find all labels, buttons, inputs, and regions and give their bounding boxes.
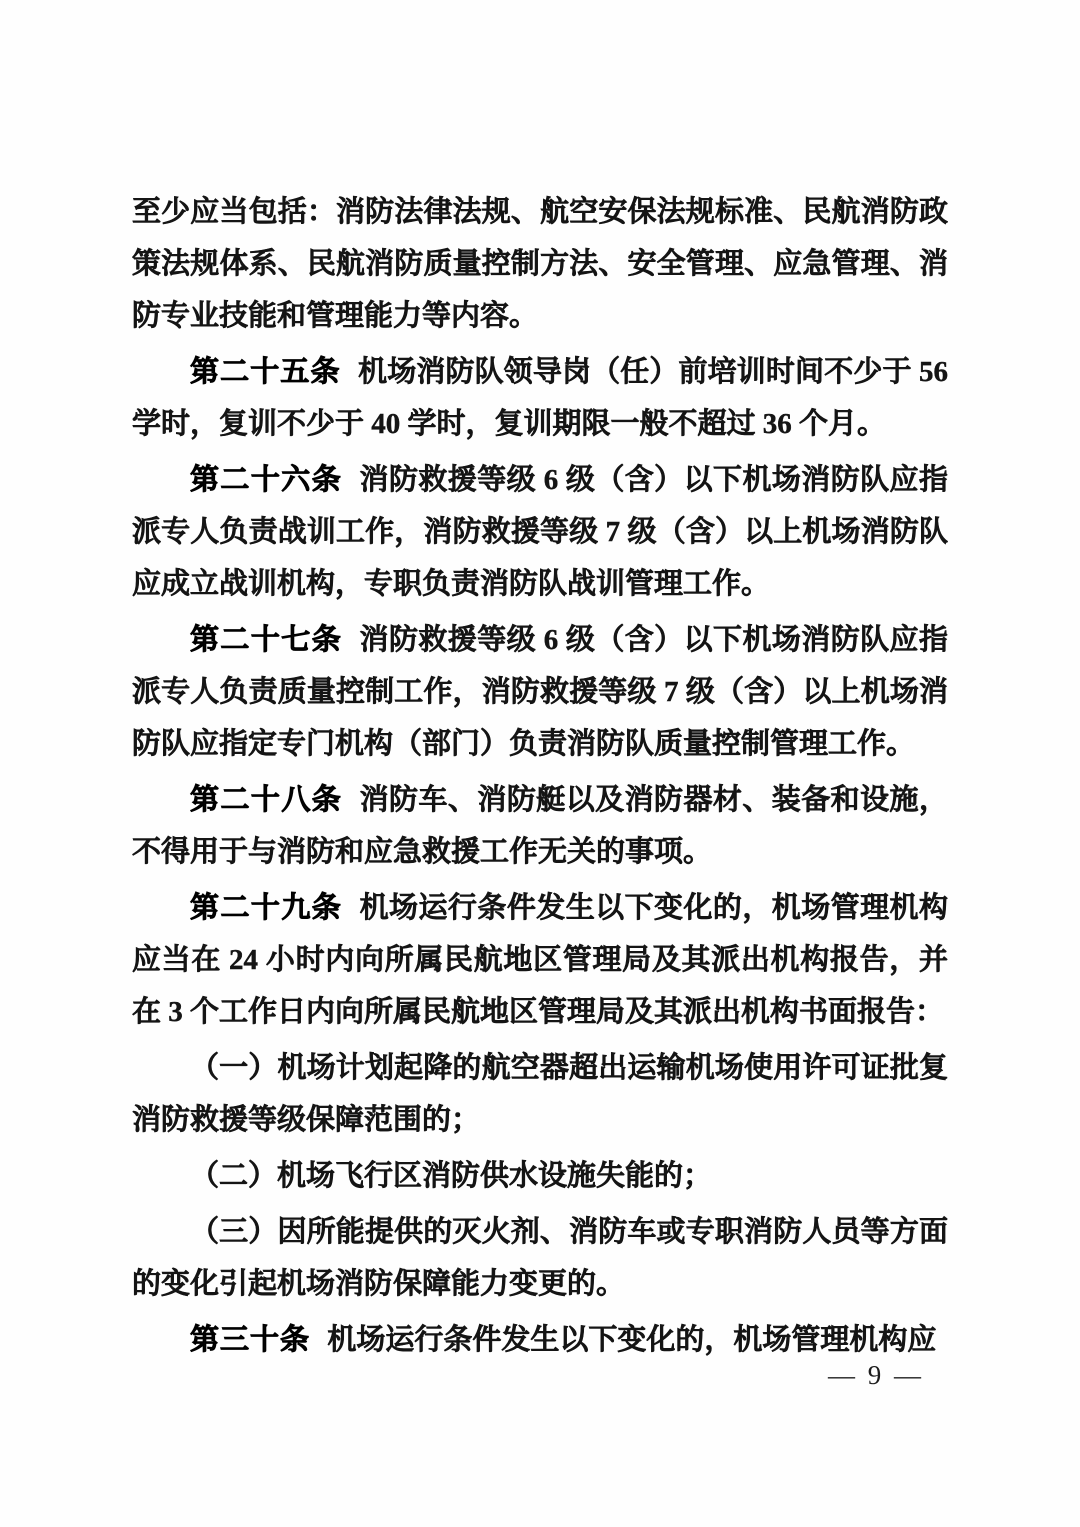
page-number: — 9 — [828, 1360, 924, 1391]
article-paragraph: 第二十五条机场消防队领导岗（任）前培训时间不少于 56 学时，复训不少于 40 … [132, 346, 948, 450]
article-number: 第二十五条 [190, 356, 341, 388]
paragraph-text: 至少应当包括：消防法律法规、航空安保法规标准、民航消防政策法规体系、民航消防质量… [132, 196, 948, 332]
article-number: 第三十条 [190, 1324, 310, 1356]
continuation-paragraph: 至少应当包括：消防法律法规、航空安保法规标准、民航消防政策法规体系、民航消防质量… [132, 186, 948, 342]
document-body: 至少应当包括：消防法律法规、航空安保法规标准、民航消防政策法规体系、民航消防质量… [132, 186, 948, 1366]
paragraph-text: （二）机场飞行区消防供水设施失能的； [190, 1160, 712, 1192]
article-number: 第二十六条 [190, 464, 342, 496]
article-number: 第二十八条 [190, 784, 342, 816]
paragraph-text: 机场运行条件发生以下变化的，机场管理机构应 [327, 1324, 936, 1356]
article-paragraph: 第二十八条消防车、消防艇以及消防器材、装备和设施，不得用于与消防和应急救援工作无… [132, 774, 948, 878]
article-paragraph: 第二十六条消防救援等级 6 级（含）以下机场消防队应指派专人负责战训工作，消防救… [132, 454, 948, 610]
list-item-paragraph: （二）机场飞行区消防供水设施失能的； [132, 1150, 948, 1202]
list-item-paragraph: （三）因所能提供的灭火剂、消防车或专职消防人员等方面的变化引起机场消防保障能力变… [132, 1206, 948, 1310]
article-paragraph: 第三十条机场运行条件发生以下变化的，机场管理机构应 [132, 1314, 948, 1366]
article-number: 第二十七条 [190, 624, 342, 656]
article-number: 第二十九条 [190, 892, 342, 924]
document-page: 至少应当包括：消防法律法规、航空安保法规标准、民航消防政策法规体系、民航消防质量… [0, 0, 1080, 1527]
article-paragraph: 第二十七条消防救援等级 6 级（含）以下机场消防队应指派专人负责质量控制工作，消… [132, 614, 948, 770]
paragraph-text: （三）因所能提供的灭火剂、消防车或专职消防人员等方面的变化引起机场消防保障能力变… [132, 1216, 948, 1300]
paragraph-text: （一）机场计划起降的航空器超出运输机场使用许可证批复消防救援等级保障范围的； [132, 1052, 948, 1136]
article-paragraph: 第二十九条机场运行条件发生以下变化的，机场管理机构应当在 24 小时内向所属民航… [132, 882, 948, 1038]
list-item-paragraph: （一）机场计划起降的航空器超出运输机场使用许可证批复消防救援等级保障范围的； [132, 1042, 948, 1146]
